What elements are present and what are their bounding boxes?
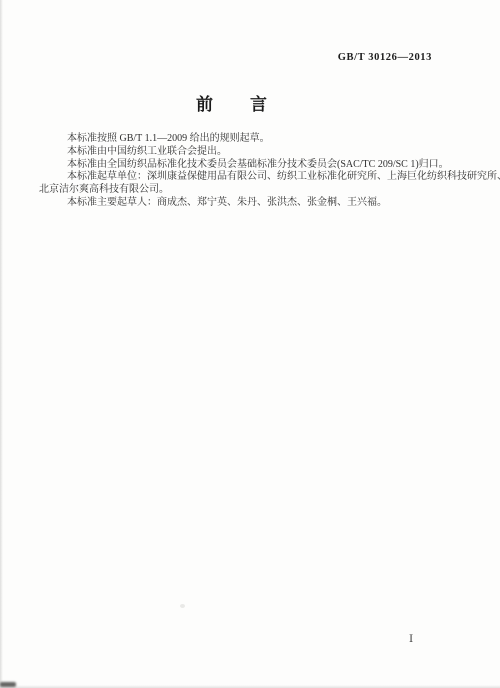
foreword-line: 本标准由全国纺织品标准化技术委员会基础标准分技术委员会(SAC/TC 209/S… — [39, 159, 465, 172]
foreword-line: 本标准主要起草人：商成杰、郑宁英、朱丹、张洪杰、张金桐、王兴福。 — [39, 197, 465, 210]
foreword-text-block: 本标准按照 GB/T 1.1—2009 给出的规则起草。 本标准由中国纺织工业联… — [39, 133, 465, 210]
page-title: 前 言 — [0, 90, 464, 115]
foreword-line: 本标准按照 GB/T 1.1—2009 给出的规则起草。 — [39, 133, 465, 146]
page-number: Ⅰ — [409, 633, 413, 645]
scanned-standard-page: GB/T 30126—2013 前 言 本标准按照 GB/T 1.1—2009 … — [0, 0, 500, 688]
scan-smudge — [0, 682, 16, 687]
standard-code-header: GB/T 30126—2013 — [338, 52, 432, 63]
foreword-line: 本标准起草单位：深圳康益保健用品有限公司、纺织工业标准化研究所、上海巨化纺织科技… — [39, 171, 465, 184]
foreword-line-continuation: 北京洁尔爽高科技有限公司。 — [39, 184, 465, 197]
scan-speck — [180, 604, 185, 608]
foreword-line: 本标准由中国纺织工业联合会提出。 — [39, 146, 465, 159]
